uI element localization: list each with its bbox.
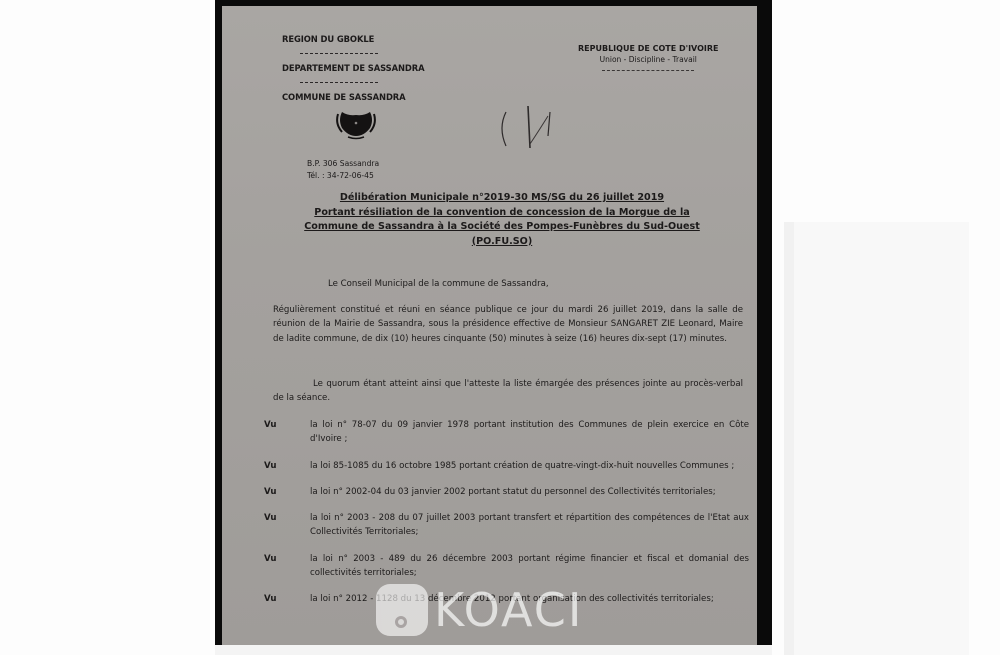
divider	[602, 70, 694, 71]
session-paragraph: Régulièrement constitué et réuni en séan…	[273, 303, 743, 346]
koaci-logo-icon	[376, 584, 428, 636]
deliberation-title: Délibération Municipale n°2019-30 MS/SG …	[262, 191, 742, 249]
document-paper: REGION DU GBOKLE DEPARTEMENT DE SASSANDR…	[222, 6, 757, 645]
national-motto: Union - Discipline - Travail	[578, 55, 719, 64]
background-page-left	[0, 0, 215, 655]
title-line: (PO.FU.SO)	[472, 236, 532, 247]
legal-reference: Vu la loi n° 2003 - 489 du 26 décembre 2…	[264, 552, 749, 581]
header-right: REPUBLIQUE DE COTE D'IVOIRE Union - Disc…	[578, 44, 719, 71]
title-line: Portant résiliation de la convention de …	[314, 207, 689, 218]
reference-label: Vu	[264, 418, 310, 447]
contact-info: B.P. 306 Sassandra Tél. : 34-72-06-45	[307, 158, 379, 182]
department-label: DEPARTEMENT DE SASSANDRA	[282, 63, 424, 73]
legal-reference: Vu la loi n° 78-07 du 09 janvier 1978 po…	[264, 418, 749, 447]
legal-reference: Vu la loi 85-1085 du 16 octobre 1985 por…	[264, 459, 749, 473]
reference-text: la loi n° 2003 - 489 du 26 décembre 2003…	[310, 552, 749, 581]
phone-number: Tél. : 34-72-06-45	[307, 170, 379, 182]
reference-text: la loi 85-1085 du 16 octobre 1985 portan…	[310, 459, 749, 473]
reference-label: Vu	[264, 592, 310, 606]
divider	[300, 53, 378, 54]
reference-label: Vu	[264, 552, 310, 581]
region-label: REGION DU GBOKLE	[282, 34, 424, 44]
reference-text: la loi n° 2002-04 du 03 janvier 2002 por…	[310, 485, 749, 499]
legal-reference: Vu la loi n° 2003 - 208 du 07 juillet 20…	[264, 511, 749, 540]
divider	[300, 82, 378, 83]
council-intro: Le Conseil Municipal de la commune de Sa…	[328, 277, 757, 291]
quorum-paragraph: Le quorum étant atteint ainsi que l'atte…	[273, 377, 743, 406]
handwritten-mark-icon	[492, 102, 562, 158]
title-line: Commune de Sassandra à la Société des Po…	[304, 221, 700, 232]
reference-text: la loi n° 2003 - 208 du 07 juillet 2003 …	[310, 511, 749, 540]
reference-label: Vu	[264, 485, 310, 499]
reference-label: Vu	[264, 459, 310, 473]
republic-label: REPUBLIQUE DE COTE D'IVOIRE	[578, 44, 719, 53]
logo-detail	[395, 616, 407, 628]
header-left: REGION DU GBOKLE DEPARTEMENT DE SASSANDR…	[282, 34, 424, 102]
reference-label: Vu	[264, 511, 310, 540]
legal-reference: Vu la loi n° 2002-04 du 03 janvier 2002 …	[264, 485, 749, 499]
document-photo: REGION DU GBOKLE DEPARTEMENT DE SASSANDR…	[215, 0, 772, 645]
background-card	[784, 222, 969, 655]
watermark-brand: KOACI	[434, 584, 583, 636]
coat-of-arms-icon	[334, 106, 378, 140]
po-box: B.P. 306 Sassandra	[307, 158, 379, 170]
background-page-right	[772, 0, 1000, 655]
commune-label: COMMUNE DE SASSANDRA	[282, 92, 424, 102]
title-line: Délibération Municipale n°2019-30 MS/SG …	[340, 192, 664, 203]
reference-text: la loi n° 78-07 du 09 janvier 1978 porta…	[310, 418, 749, 447]
koaci-watermark: KOACI	[376, 582, 598, 642]
bottom-strip	[215, 645, 772, 655]
